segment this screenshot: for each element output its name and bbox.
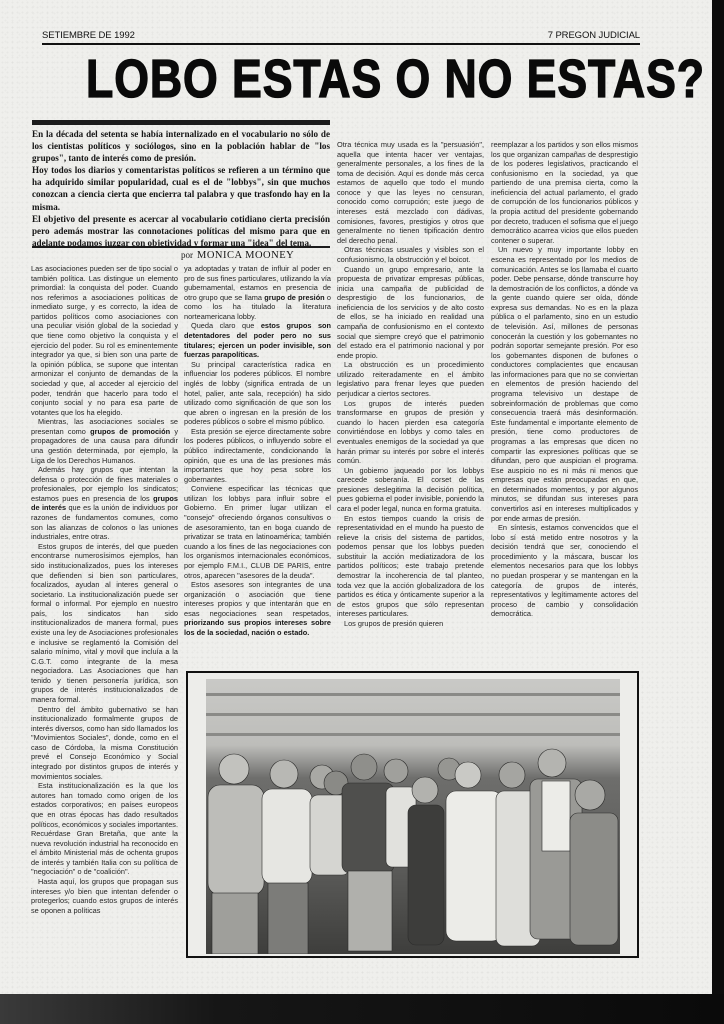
article-paragraph: La obstrucción es un procedimiento utili… [337,360,484,398]
article-paragraph: Las asociaciones pueden ser de tipo soci… [31,264,178,417]
emphasized-text: priorizando sus propios intereses sobre … [184,618,331,637]
article-paragraph: Conviene especificar las técnicas que ut… [184,484,331,580]
article-paragraph: Esta institucionalización es la que los … [31,781,178,877]
article-paragraph: En estos tiempos cuando la crisis de rep… [337,514,484,619]
lede: En la década del setenta se había intern… [32,128,330,249]
article-paragraph: Un gobierno jaqueado por los lobbys care… [337,466,484,514]
lede-bottom-rule [32,246,330,248]
paragraph-text: Estos grupos de interés, del que pueden … [31,542,178,704]
paragraph-text: Conviene especificar las técnicas que ut… [184,484,331,579]
byline-author: MONICA MOONEY [197,250,294,261]
paragraph-text: Su principal característica radica en in… [184,360,331,426]
article-paragraph: Cuando un grupo empresario, ante la prop… [337,265,484,361]
running-head-rule [42,43,640,45]
article-paragraph: Dentro del ámbito gubernativo se han ins… [31,705,178,782]
photo-frame [186,671,639,958]
byline: porMONICA MOONEY [181,250,294,261]
article-paragraph: reemplazar a los partidos y son ellos mi… [491,140,638,245]
scan-edge-bottom [0,994,724,1024]
article-paragraph: Otras técnicas usuales y visibles son el… [337,245,484,264]
byline-prefix: por [181,250,193,260]
paragraph-text: En estos tiempos cuando la crisis de rep… [337,514,484,619]
page-number-publication: 7 PREGON JUDICIAL [548,30,640,41]
paragraph-text: Las asociaciones pueden ser de tipo soci… [31,264,178,417]
paragraph-text: Dentro del ámbito gubernativo se han ins… [31,705,178,781]
issue-date: SETIEMBRE DE 1992 [42,30,135,41]
paragraph-text: Otras técnicas usuales y visibles son el… [337,245,484,264]
paragraph-text: La obstrucción es un procedimiento utili… [337,360,484,398]
article-paragraph: Queda claro que estos grupos son detenta… [184,321,331,359]
paragraph-text: reemplazar a los partidos y son ellos mi… [491,140,638,245]
article-paragraph: Los grupos de presión quieren [337,619,484,629]
emphasized-text: grupo de presión [264,293,324,302]
article-paragraph: Esta presión se ejerce directamente sobr… [184,427,331,484]
lede-paragraph: Hoy todos los diarios y comentaristas po… [32,164,330,212]
paragraph-text: Los grupos de presión quieren [344,619,443,628]
paragraph-text: Otra técnica muy usada es la "persuasión… [337,140,484,245]
paragraph-text: Un gobierno jaqueado por los lobbys care… [337,466,484,513]
running-head: SETIEMBRE DE 1992 7 PREGON JUDICIAL [42,30,640,42]
article-paragraph: En síntesis, estamos convencidos que el … [491,523,638,619]
article-paragraph: Estos asesores son integrantes de una or… [184,580,331,637]
article-paragraph: Hasta aquí, los grupos que propagan sus … [31,877,178,915]
paragraph-text: Queda claro que [191,321,261,330]
article-paragraph: Estos grupos de interés, del que pueden … [31,542,178,705]
article-paragraph: Además hay grupos que intentan la defens… [31,465,178,542]
lede-top-rule [32,120,330,125]
paragraph-text: Los grupos de interés pueden transformar… [337,399,484,465]
paragraph-text: Cuando un grupo empresario, ante la prop… [337,265,484,360]
scan-edge-right [712,0,724,1024]
emphasized-text: grupos de promoción [90,427,170,436]
paragraph-text: Esta presión se ejerce directamente sobr… [184,427,331,484]
article-column-2: ya adoptadas y tratan de influir al pode… [184,264,331,638]
article-column-4: reemplazar a los partidos y son ellos mi… [491,140,638,619]
article-column-3: Otra técnica muy usada es la "persuasión… [337,140,484,628]
article-paragraph: Un nuevo y muy importante lobby en escen… [491,245,638,523]
article-paragraph: Mientras, las asociaciones sociales se p… [31,417,178,465]
paragraph-text: En síntesis, estamos convencidos que el … [491,523,638,618]
article-paragraph: ya adoptadas y tratan de influir al pode… [184,264,331,321]
lede-paragraph: El objetivo del presente es acercar al v… [32,213,330,249]
article-paragraph: Los grupos de interés pueden transformar… [337,399,484,466]
article-paragraph: Otra técnica muy usada es la "persuasión… [337,140,484,245]
article-column-1: Las asociaciones pueden ser de tipo soci… [31,264,178,915]
lede-paragraph: En la década del setenta se había intern… [32,128,330,164]
headline: LOBO ESTAS O NO ESTAS? [86,48,607,113]
newspaper-page: SETIEMBRE DE 1992 7 PREGON JUDICIAL LOBO… [0,0,712,994]
paragraph-text: Estos asesores son integrantes de una or… [184,580,331,618]
paragraph-text: Esta institucionalización es la que los … [31,781,178,876]
paragraph-text: Un nuevo y muy importante lobby en escen… [491,245,638,522]
group-photo [206,679,620,954]
article-paragraph: Su principal característica radica en in… [184,360,331,427]
group-figures-illustration [206,679,620,954]
paragraph-text: Hasta aquí, los grupos que propagan sus … [31,877,178,915]
